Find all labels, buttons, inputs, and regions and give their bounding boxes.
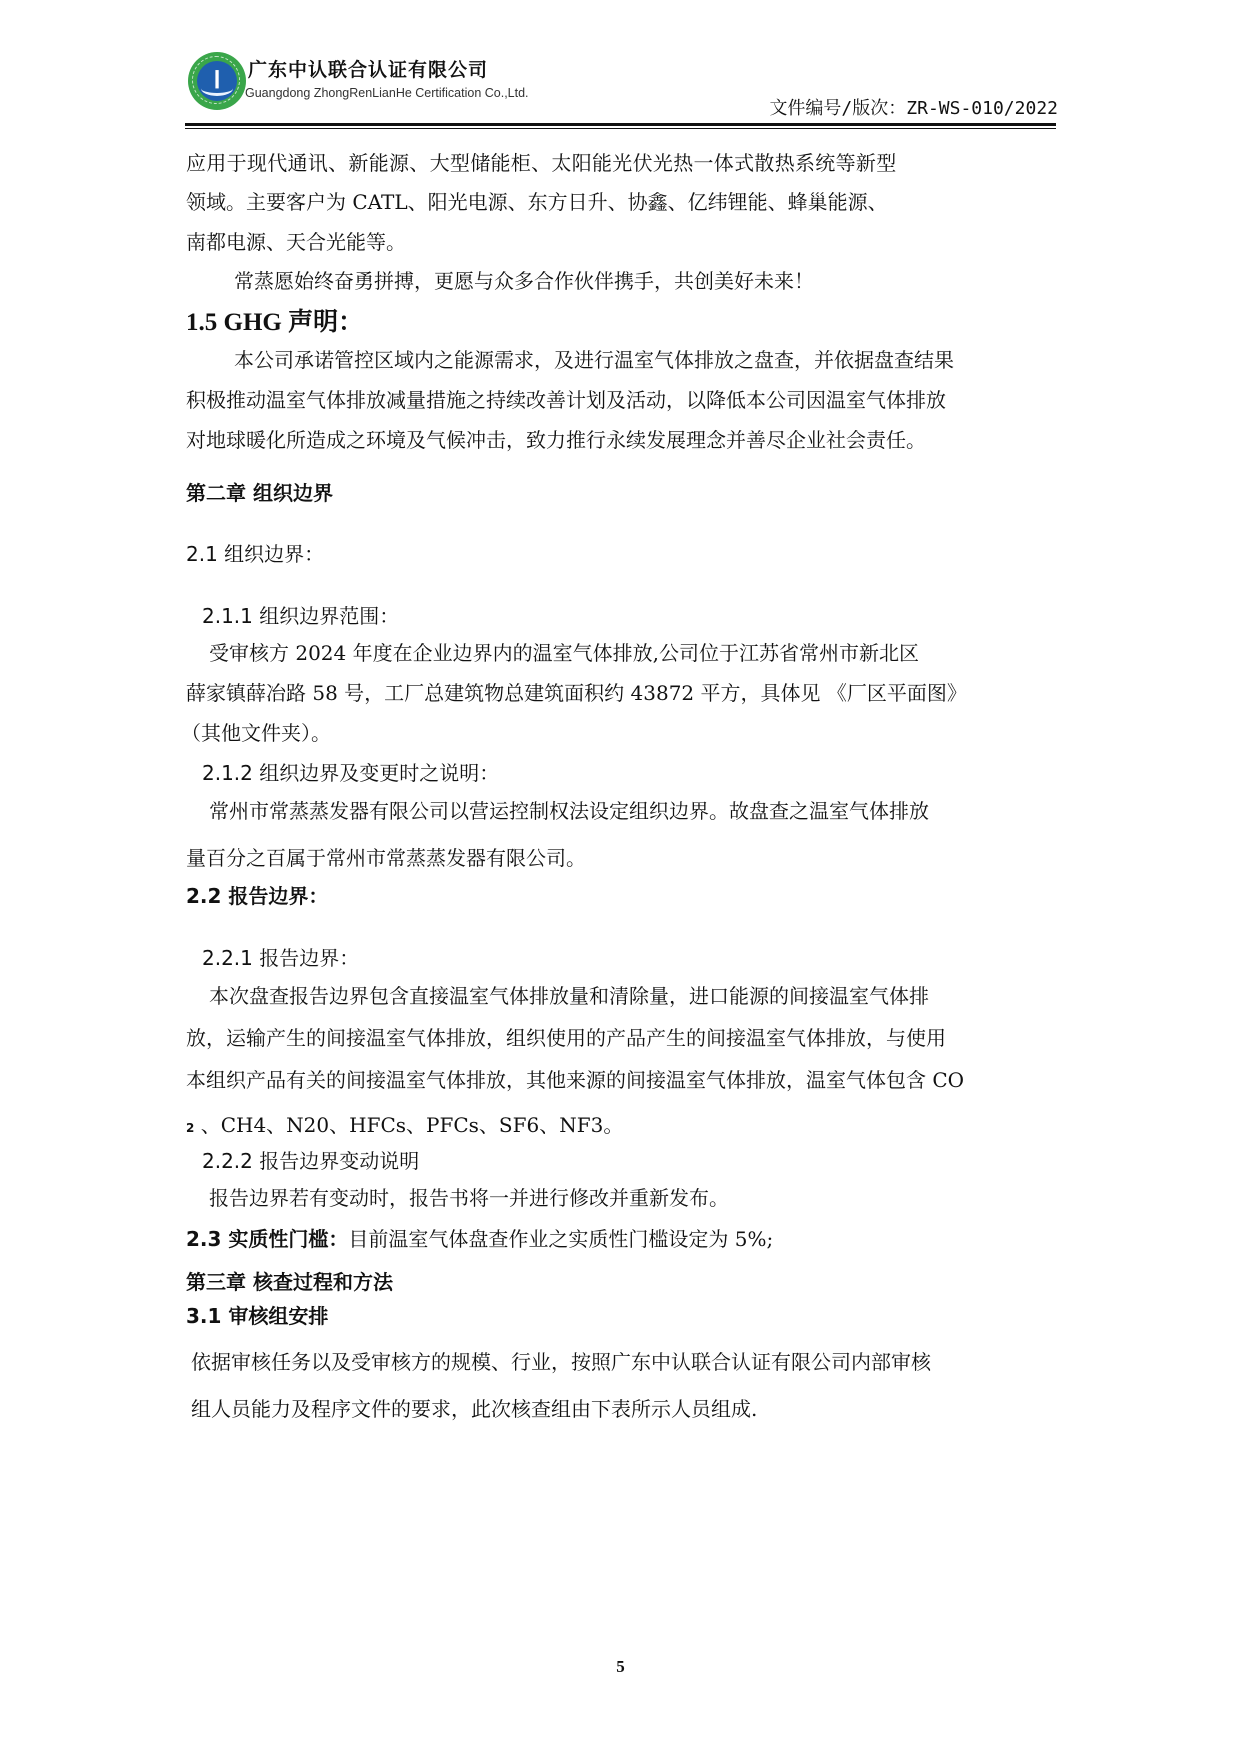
header-rule-thick (185, 123, 1056, 126)
chapter-heading-3: 第三章 核查过程和方法 (186, 1269, 393, 1295)
section-heading-3-1: 3.1 审核组安排 (186, 1303, 328, 1329)
document-number: 文件编号/版次：ZR-WS-010/2022 (769, 94, 1058, 120)
logo-swoosh (201, 81, 233, 96)
section-heading-2-2: 2.2 报告边界： (186, 883, 328, 909)
subsection-heading-2-2-1: 2.2.1 报告边界： (202, 945, 359, 971)
company-name-cn: 广东中认联合认证有限公司 (248, 55, 488, 82)
subsection-heading-2-1-1: 2.1.1 组织边界范围： (202, 603, 399, 629)
document-page: Ⅰ 广东中认联合认证有限公司 Guangdong ZhongRenLianHe … (0, 0, 1241, 1754)
paragraph-line: 应用于现代通讯、新能源、大型储能柜、太阳能光伏光热一体式散热系统等新型 (186, 150, 897, 176)
paragraph-line: 受审核方 2024 年度在企业边界内的温室气体排放,公司位于江苏省常州市新北区 (209, 640, 919, 666)
section-heading-2-3: 2.3 实质性门槛： (186, 1227, 348, 1251)
paragraph-line: 本公司承诺管控区域内之能源需求，及进行温室气体排放之盘查，并依据盘查结果 (234, 347, 954, 373)
header-rule-thin (185, 128, 1056, 129)
section-2-3-text: 目前温室气体盘查作业之实质性门槛设定为 5%; (348, 1227, 773, 1251)
paragraph-line: 放，运输产生的间接温室气体排放，组织使用的产品产生的间接温室气体排放，与使用 (186, 1025, 946, 1051)
paragraph-line: 薛家镇薛冶路 58 号，工厂总建筑物总建筑面积约 43872 平方，具体见 《厂… (186, 680, 967, 706)
paragraph-line: 南都电源、天合光能等。 (186, 229, 406, 255)
paragraph-line: 本次盘查报告边界包含直接温室气体排放量和清除量，进口能源的间接温室气体排 (209, 983, 929, 1009)
chapter-heading-2: 第二章 组织边界 (186, 480, 333, 506)
paragraph-line: 领域。主要客户为 CATL、阳光电源、东方日升、协鑫、亿纬锂能、蜂巢能源、 (186, 189, 888, 215)
section-heading-1-5: 1.5 GHG 声明： (186, 306, 363, 340)
paragraph-line: 量百分之百属于常州市常蒸蒸发器有限公司。 (186, 845, 586, 871)
certification-seal-icon: Ⅰ (188, 52, 246, 110)
paragraph-line: 积极推动温室气体排放减量措施之持续改善计划及活动，以降低本公司因温室气体排放 (186, 387, 946, 413)
paragraph-line: 常州市常蒸蒸发器有限公司以营运控制权法设定组织边界。故盘查之温室气体排放 (209, 798, 929, 824)
section-heading-2-1: 2.1 组织边界： (186, 541, 324, 567)
gas-list-text: 、CH4、N20、HFCs、PFCs、SF6、NF3。 (194, 1113, 623, 1137)
paragraph-line: （其他文件夹）。 (181, 720, 331, 746)
paragraph-line: 本组织产品有关的间接温室气体排放，其他来源的间接温室气体排放，温室气体包含 CO (186, 1067, 964, 1093)
closing-line: 常蒸愿始终奋勇拼搏，更愿与众多合作伙伴携手，共创美好未来！ (234, 268, 814, 294)
gas-list-line: 2 、CH4、N20、HFCs、PFCs、SF6、NF3。 (186, 1112, 623, 1141)
section-2-3-line: 2.3 实质性门槛：目前温室气体盘查作业之实质性门槛设定为 5%; (186, 1226, 773, 1252)
subsection-heading-2-1-2: 2.1.2 组织边界及变更时之说明： (202, 760, 499, 786)
paragraph-line: 组人员能力及程序文件的要求，此次核查组由下表所示人员组成. (191, 1396, 757, 1422)
paragraph-line: 报告边界若有变动时，报告书将一并进行修改并重新发布。 (209, 1185, 729, 1211)
logo-inner-disc: Ⅰ (197, 61, 237, 101)
paragraph-line: 依据审核任务以及受审核方的规模、行业，按照广东中认联合认证有限公司内部审核 (191, 1349, 931, 1375)
paragraph-line: 对地球暖化所造成之环境及气候冲击，致力推行永续发展理念并善尽企业社会责任。 (186, 427, 926, 453)
page-number: 5 (0, 1657, 1241, 1677)
subsection-heading-2-2-2: 2.2.2 报告边界变动说明 (202, 1148, 419, 1174)
company-name-en: Guangdong ZhongRenLianHe Certification C… (245, 86, 529, 100)
